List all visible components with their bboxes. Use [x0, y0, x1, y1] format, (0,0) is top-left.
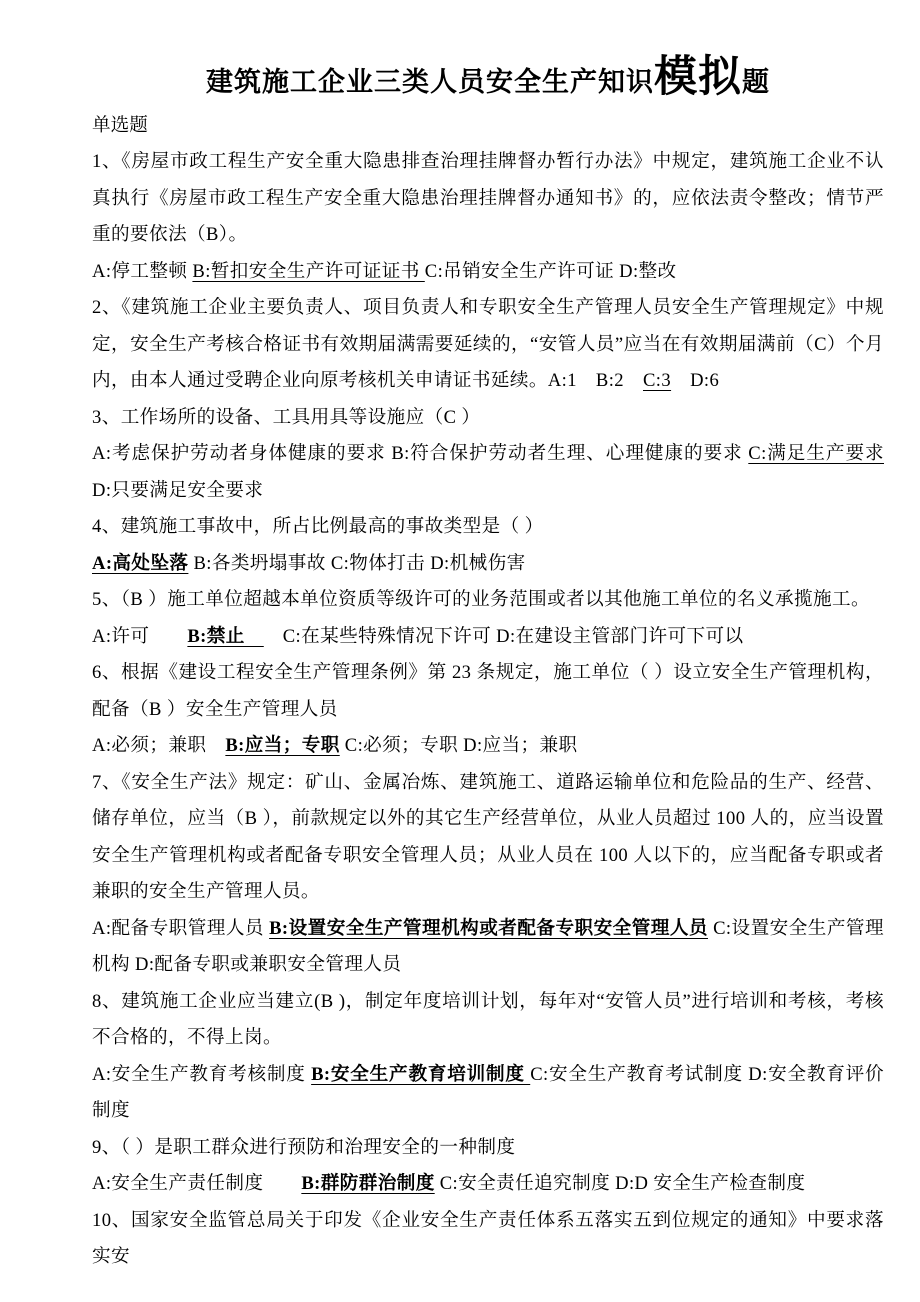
- question-8-options: A:安全生产教育考核制度 B:安全生产教育培训制度 C:安全生产教育考试制度 D…: [92, 1057, 884, 1130]
- document-text-column: 建筑施工企业三类人员安全生产知识模拟题 单选题 1、《房屋市政工程生产安全重大隐…: [0, 0, 920, 1276]
- text-run: 3、工作场所的设备、工具用具等设施应（C ）: [92, 407, 480, 428]
- document-page: 建筑施工企业三类人员安全生产知识模拟题 单选题 1、《房屋市政工程生产安全重大隐…: [0, 0, 920, 1302]
- text-run: 10、国家安全监管总局关于印发《企业安全生产责任体系五落实五到位规定的通知》中要…: [92, 1210, 884, 1268]
- question-3-stem: 3、工作场所的设备、工具用具等设施应（C ）: [92, 400, 884, 437]
- text-run: D:只要满足安全要求: [92, 480, 263, 501]
- question-10-stem: 10、国家安全监管总局关于印发《企业安全生产责任体系五落实五到位规定的通知》中要…: [92, 1203, 884, 1276]
- question-9-stem: 9、（ ）是职工群众进行预防和治理安全的一种制度: [92, 1130, 884, 1167]
- text-run: 5、（B ）施工单位超越本单位资质等级许可的业务范围或者以其他施工单位的名义承揽…: [92, 589, 870, 610]
- text-run: 4、建筑施工事故中，所占比例最高的事故类型是（ ）: [92, 516, 544, 537]
- answer-key-highlight: C:满足生产要求: [748, 443, 884, 464]
- answer-key-highlight: B:设置安全生产管理机构或者配备专职安全管理人员: [269, 918, 708, 939]
- title-suffix: 题: [742, 67, 770, 97]
- answer-key-highlight: B:应当；专职: [225, 735, 339, 756]
- text-run: A:考虑保护劳动者身体健康的要求 B:符合保护劳动者生理、心理健康的要求: [92, 443, 748, 464]
- question-5-options: A:许可 B:禁止 C:在某些特殊情况下许可 D:在建设主管部门许可下可以: [92, 619, 884, 656]
- text-run: 2、《建筑施工企业主要负责人、项目负责人和专职安全生产管理人员安全生产管理规定》…: [92, 297, 884, 391]
- text-run: 9、（ ）是职工群众进行预防和治理安全的一种制度: [92, 1137, 515, 1158]
- text-run: 7、《安全生产法》规定：矿山、金属冶炼、建筑施工、道路运输单位和危险品的生产、经…: [92, 772, 884, 903]
- text-run: A:必须；兼职: [92, 735, 225, 756]
- question-list: 1、《房屋市政工程生产安全重大隐患排查治理挂牌督办暂行办法》中规定，建筑施工企业…: [92, 144, 884, 1276]
- text-run: A:配备专职管理人员: [92, 918, 269, 939]
- question-5-stem: 5、（B ）施工单位超越本单位资质等级许可的业务范围或者以其他施工单位的名义承揽…: [92, 582, 884, 619]
- title-prefix: 建筑施工企业三类人员安全生产知识: [206, 67, 654, 97]
- question-9-options: A:安全生产责任制度 B:群防群治制度 C:安全责任追究制度 D:D 安全生产检…: [92, 1166, 884, 1203]
- text-run: D:6: [671, 370, 719, 391]
- section-label: 单选题: [92, 108, 884, 145]
- answer-key-highlight: B:安全生产教育培训制度: [311, 1064, 530, 1085]
- text-run: A:许可: [92, 626, 187, 647]
- text-run: C:安全责任追究制度 D:D 安全生产检查制度: [435, 1173, 806, 1194]
- text-run: C:在某些特殊情况下许可 D:在建设主管部门许可下可以: [264, 626, 744, 647]
- question-4-options: A:高处坠落 B:各类坍塌事故 C:物体打击 D:机械伤害: [92, 546, 884, 583]
- text-run: C:吊销安全生产许可证 D:整改: [425, 261, 677, 282]
- question-1-options: A:停工整顿 B:暂扣安全生产许可证证书 C:吊销安全生产许可证 D:整改: [92, 254, 884, 291]
- answer-key-highlight: B:禁止: [187, 626, 263, 647]
- text-run: 6、根据《建设工程安全生产管理条例》第 23 条规定，施工单位（ ）设立安全生产…: [92, 662, 884, 720]
- answer-key-highlight: B:群防群治制度: [301, 1173, 434, 1194]
- text-run: C:必须；专职 D:应当；兼职: [340, 735, 578, 756]
- title-emphasis: 模拟: [654, 54, 742, 101]
- text-run: A:安全生产责任制度: [92, 1173, 301, 1194]
- text-run: B:各类坍塌事故 C:物体打击 D:机械伤害: [188, 553, 525, 574]
- question-8-stem: 8、建筑施工企业应当建立(B )，制定年度培训计划，每年对“安管人员”进行培训和…: [92, 984, 884, 1057]
- answer-key-highlight: A:高处坠落: [92, 553, 188, 574]
- answer-key-highlight: C:3: [643, 370, 671, 391]
- document-title: 建筑施工企业三类人员安全生产知识模拟题: [92, 0, 884, 104]
- question-3-options: A:考虑保护劳动者身体健康的要求 B:符合保护劳动者生理、心理健康的要求 C:满…: [92, 436, 884, 509]
- question-7-stem: 7、《安全生产法》规定：矿山、金属冶炼、建筑施工、道路运输单位和危险品的生产、经…: [92, 765, 884, 911]
- question-2-stem: 2、《建筑施工企业主要负责人、项目负责人和专职安全生产管理人员安全生产管理规定》…: [92, 290, 884, 400]
- question-1-stem: 1、《房屋市政工程生产安全重大隐患排查治理挂牌督办暂行办法》中规定，建筑施工企业…: [92, 144, 884, 254]
- text-run: A:停工整顿: [92, 261, 192, 282]
- text-run: 1、《房屋市政工程生产安全重大隐患排查治理挂牌督办暂行办法》中规定，建筑施工企业…: [92, 151, 884, 245]
- question-6-stem: 6、根据《建设工程安全生产管理条例》第 23 条规定，施工单位（ ）设立安全生产…: [92, 655, 884, 728]
- question-6-options: A:必须；兼职 B:应当；专职 C:必须；专职 D:应当；兼职: [92, 728, 884, 765]
- question-7-options: A:配备专职管理人员 B:设置安全生产管理机构或者配备专职安全管理人员 C:设置…: [92, 911, 884, 984]
- question-4-stem: 4、建筑施工事故中，所占比例最高的事故类型是（ ）: [92, 509, 884, 546]
- text-run: 8、建筑施工企业应当建立(B )，制定年度培训计划，每年对“安管人员”进行培训和…: [92, 991, 884, 1049]
- text-run: A:安全生产教育考核制度: [92, 1064, 311, 1085]
- answer-key-highlight: B:暂扣安全生产许可证证书: [192, 261, 424, 282]
